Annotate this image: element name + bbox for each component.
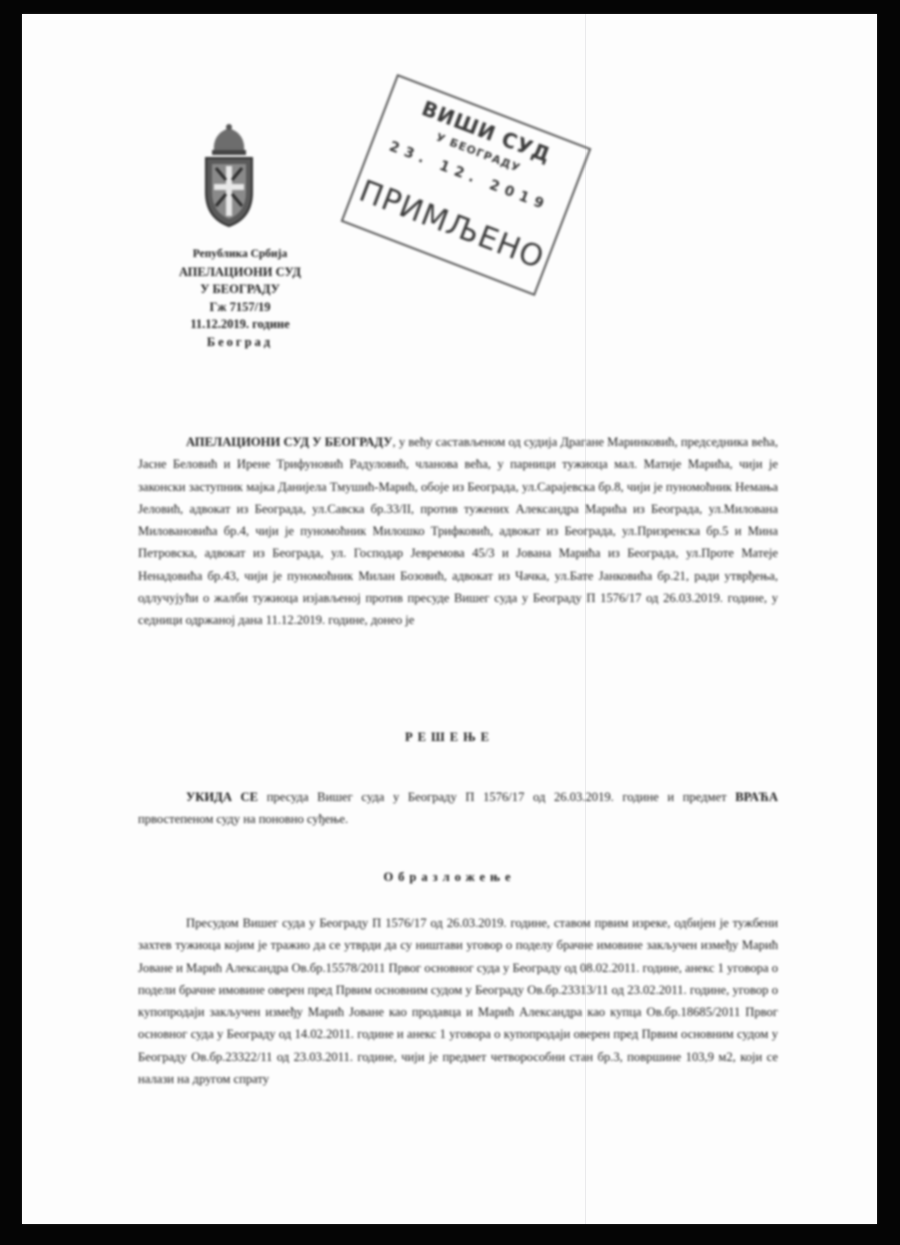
reasoning-text: Пресудом Вишег суда у Београду П 1576/17… bbox=[138, 912, 778, 1090]
ruling-annul: УКИДА СЕ bbox=[186, 790, 258, 804]
case-number: Гж 7157/19 bbox=[140, 299, 340, 317]
ruling-heading: РЕШЕЊЕ bbox=[22, 730, 877, 745]
ruling-return: ВРАЋА bbox=[735, 790, 778, 804]
reasoning-paragraph: Пресудом Вишег суда у Београду П 1576/17… bbox=[138, 912, 778, 1090]
received-stamp: ВИШИ СУД У БЕОГРАДУ 23. 12. 2019 ПРИМЉЕН… bbox=[341, 74, 592, 296]
intro-court-name: АПЕЛАЦИОНИ СУД У БЕОГРАДУ bbox=[186, 435, 392, 449]
ruling-text-2: првостепеном суду на поновно суђење. bbox=[138, 812, 348, 826]
ruling-text-1: пресуда Вишег суда у Београду П 1576/17 … bbox=[258, 790, 735, 804]
decision-date: 11.12.2019. године bbox=[140, 316, 340, 334]
court-name: АПЕЛАЦИОНИ СУД bbox=[140, 264, 340, 282]
court-city: У БЕОГРАДУ bbox=[140, 281, 340, 299]
serbian-coat-of-arms-icon bbox=[200, 122, 258, 232]
city-name: Београд bbox=[140, 334, 340, 352]
reasoning-heading: Образложење bbox=[22, 870, 877, 885]
country-name: Република Србија bbox=[140, 246, 340, 264]
intro-text: , у већу састављеном од судија Драгане М… bbox=[138, 435, 778, 627]
ruling-paragraph: УКИДА СЕ пресуда Вишег суда у Београду П… bbox=[138, 786, 778, 831]
court-header: Република Србија АПЕЛАЦИОНИ СУД У БЕОГРА… bbox=[140, 246, 340, 351]
intro-paragraph: АПЕЛАЦИОНИ СУД У БЕОГРАДУ, у већу састав… bbox=[138, 431, 778, 632]
document-page: Република Србија АПЕЛАЦИОНИ СУД У БЕОГРА… bbox=[22, 14, 877, 1224]
